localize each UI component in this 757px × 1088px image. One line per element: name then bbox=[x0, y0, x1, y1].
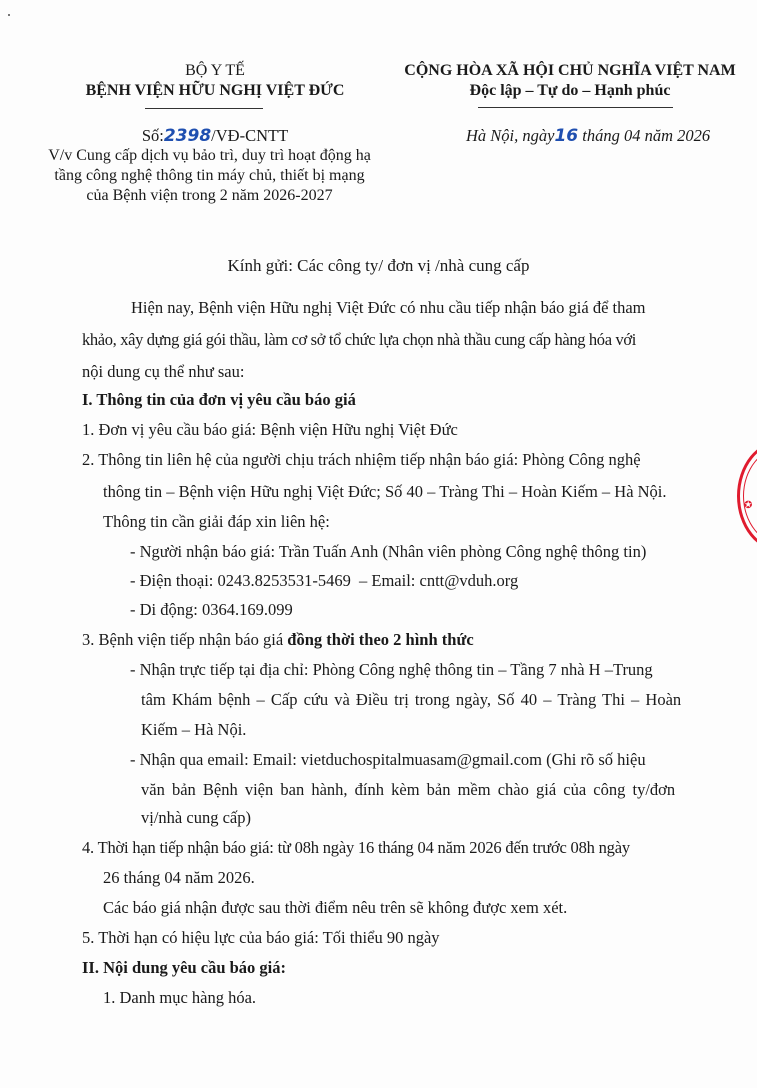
doc-number-prefix: Số: bbox=[142, 126, 164, 145]
direct-delivery-line: tâm Khám bệnh – Cấp cứu và Điều trị tron… bbox=[141, 690, 681, 710]
subject: V/v Cung cấp dịch vụ bảo trì, duy trì ho… bbox=[22, 146, 397, 206]
intro-line: Hiện nay, Bệnh viện Hữu nghị Việt Đức có… bbox=[131, 298, 646, 318]
ministry-name: BỘ Y TẾ bbox=[60, 62, 370, 80]
section-1-item-5: 5. Thời hạn có hiệu lực của báo giá: Tối… bbox=[82, 928, 440, 948]
section-1-item-1: 1. Đơn vị yêu cầu báo giá: Bệnh viện Hữu… bbox=[82, 420, 458, 440]
section-1-item-4-line: 4. Thời hạn tiếp nhận báo giá: từ 08h ng… bbox=[82, 838, 630, 858]
hospital-underline bbox=[145, 108, 263, 109]
hospital-name: BỆNH VIỆN HỮU NGHỊ VIỆT ĐỨC bbox=[60, 82, 370, 100]
direct-delivery-line: Kiếm – Hà Nội. bbox=[141, 720, 246, 740]
section-2-item-1: 1. Danh mục hàng hóa. bbox=[103, 988, 256, 1008]
item-3-prefix: 3. Bệnh viện tiếp nhận báo giá bbox=[82, 630, 287, 649]
scan-speck bbox=[8, 14, 10, 16]
recipient-line: Kính gửi: Các công ty/ đơn vị /nhà cung … bbox=[0, 256, 757, 276]
date-prefix: Hà Nội, ngày bbox=[466, 126, 554, 145]
email-delivery-line: - Nhận qua email: Email: vietduchospital… bbox=[130, 750, 646, 770]
section-1-item-4-line: 26 tháng 04 năm 2026. bbox=[103, 868, 255, 888]
section-1-item-4-line: Các báo giá nhận được sau thời điểm nêu … bbox=[103, 898, 567, 918]
contact-receiver: - Người nhận báo giá: Trần Tuấn Anh (Nhâ… bbox=[130, 542, 646, 562]
item-3-bold: đồng thời theo 2 hình thức bbox=[287, 630, 473, 649]
section-1-item-3: 3. Bệnh viện tiếp nhận báo giá đồng thời… bbox=[82, 630, 474, 650]
direct-delivery-line: - Nhận trực tiếp tại địa chỉ: Phòng Công… bbox=[130, 660, 653, 680]
contact-phone: - Điện thoại: 0243.8253531-5469 bbox=[130, 571, 351, 591]
nation-title: CỘNG HÒA XÃ HỘI CHỦ NGHĨA VIỆT NAM bbox=[395, 62, 745, 80]
subject-line: tầng công nghệ thông tin máy chủ, thiết … bbox=[22, 166, 397, 186]
seal-star-icon: ✪ bbox=[744, 500, 752, 511]
section-1-item-2-line: thông tin – Bệnh viện Hữu nghị Việt Đức;… bbox=[103, 482, 667, 502]
intro-line: khảo, xây dựng giá gói thầu, làm cơ sở t… bbox=[82, 330, 636, 350]
national-motto: Độc lập – Tự do – Hạnh phúc bbox=[395, 82, 745, 100]
email-delivery-line: văn bản Bệnh viện ban hành, đính kèm bản… bbox=[141, 780, 675, 800]
section-1-item-2-line: 2. Thông tin liên hệ của người chịu trác… bbox=[82, 450, 641, 470]
intro-line: nội dung cụ thể như sau: bbox=[82, 362, 244, 382]
section-2-heading: II. Nội dung yêu cầu báo giá: bbox=[82, 958, 286, 978]
email-delivery-line: vị/nhà cung cấp) bbox=[141, 808, 251, 828]
section-1-item-2-line: Thông tin cần giải đáp xin liên hệ: bbox=[103, 512, 330, 532]
document-page: BỘ Y TẾ BỆNH VIỆN HỮU NGHỊ VIỆT ĐỨC Số:2… bbox=[0, 0, 757, 1088]
doc-number-handwritten: 2398 bbox=[164, 126, 211, 146]
contact-email[interactable]: – Email: cntt@vduh.org bbox=[359, 571, 518, 591]
subject-line: V/v Cung cấp dịch vụ bảo trì, duy trì ho… bbox=[22, 146, 397, 166]
document-date: Hà Nội, ngày16 tháng 04 năm 2026 bbox=[466, 126, 710, 146]
document-number: Số:2398/VĐ-CNTT bbox=[60, 126, 370, 146]
section-1-heading: I. Thông tin của đơn vị yêu cầu báo giá bbox=[82, 390, 356, 410]
contact-mobile: - Di động: 0364.169.099 bbox=[130, 600, 293, 620]
date-suffix: tháng 04 năm 2026 bbox=[578, 126, 710, 145]
subject-line: của Bệnh viện trong 2 năm 2026-2027 bbox=[22, 186, 397, 206]
date-day-handwritten: 16 bbox=[554, 126, 578, 146]
motto-underline bbox=[478, 107, 673, 108]
doc-number-suffix: /VĐ-CNTT bbox=[211, 126, 288, 145]
